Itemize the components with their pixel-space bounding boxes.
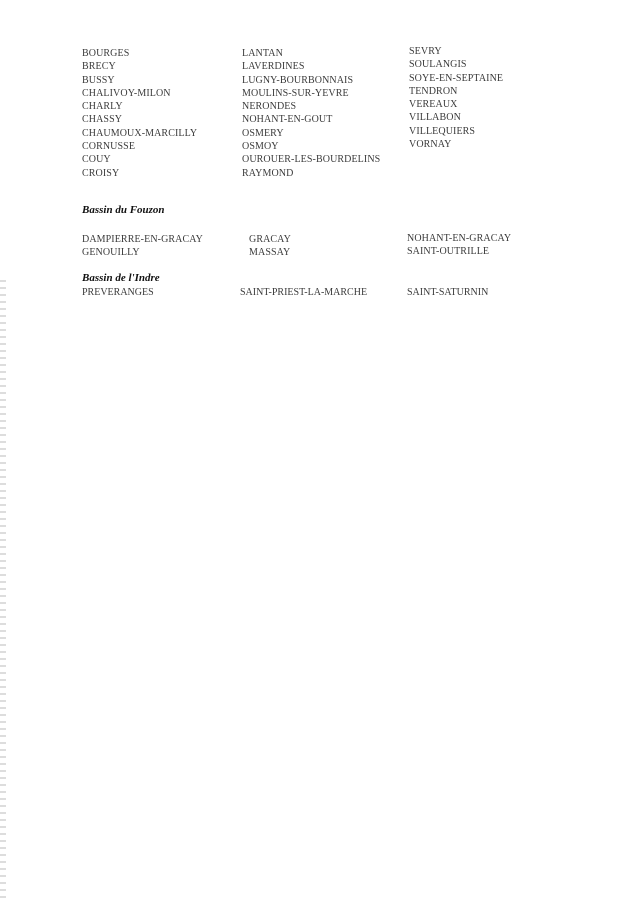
commune-item: NERONDES (242, 100, 380, 113)
commune-item: LANTAN (242, 47, 380, 60)
commune-item: NOHANT-EN-GOUT (242, 113, 380, 126)
commune-item: OUROUER-LES-BOURDELINS (242, 153, 380, 166)
commune-item: CHASSY (82, 113, 197, 126)
commune-item: CORNUSSE (82, 140, 197, 153)
commune-item: COUY (82, 153, 197, 166)
commune-item: MASSAY (249, 246, 291, 259)
commune-item: VILLABON (409, 111, 503, 124)
commune-item: BOURGES (82, 47, 197, 60)
commune-item: SOULANGIS (409, 58, 503, 71)
commune-item: PREVERANGES (82, 286, 154, 299)
commune-item: CHAUMOUX-MARCILLY (82, 127, 197, 140)
commune-item: LAVERDINES (242, 60, 380, 73)
fouzon-column-3: NOHANT-EN-GRACAY SAINT-OUTRILLE (407, 232, 511, 259)
commune-item: NOHANT-EN-GRACAY (407, 232, 511, 245)
commune-item: GRACAY (249, 233, 291, 246)
fouzon-column-2: GRACAY MASSAY (249, 233, 291, 260)
commune-item: OSMOY (242, 140, 380, 153)
commune-item: BRECY (82, 60, 197, 73)
commune-item: VILLEQUIERS (409, 125, 503, 138)
commune-item: CROISY (82, 167, 197, 180)
commune-item: DAMPIERRE-EN-GRACAY (82, 233, 203, 246)
commune-item: SAINT-PRIEST-LA-MARCHE (240, 286, 367, 299)
commune-item: OSMERY (242, 127, 380, 140)
commune-item: SAINT-SATURNIN (407, 286, 488, 299)
commune-item: SAINT-OUTRILLE (407, 245, 511, 258)
commune-item: VORNAY (409, 138, 503, 151)
section-heading-fouzon: Bassin du Fouzon (82, 204, 165, 216)
commune-item: RAYMOND (242, 167, 380, 180)
commune-item: TENDRON (409, 85, 503, 98)
commune-column-2: LANTAN LAVERDINES LUGNY-BOURBONNAIS MOUL… (242, 47, 380, 180)
scan-edge-artifact (0, 280, 6, 900)
commune-item: SOYE-EN-SEPTAINE (409, 72, 503, 85)
commune-item: MOULINS-SUR-YEVRE (242, 87, 380, 100)
fouzon-column-1: DAMPIERRE-EN-GRACAY GENOUILLY (82, 233, 203, 260)
commune-item: LUGNY-BOURBONNAIS (242, 74, 380, 87)
commune-column-1: BOURGES BRECY BUSSY CHALIVOY-MILON CHARL… (82, 47, 197, 180)
commune-item: CHALIVOY-MILON (82, 87, 197, 100)
commune-item: CHARLY (82, 100, 197, 113)
commune-item: SEVRY (409, 45, 503, 58)
commune-column-3: SEVRY SOULANGIS SOYE-EN-SEPTAINE TENDRON… (409, 45, 503, 151)
section-heading-indre: Bassin de l'Indre (82, 272, 160, 284)
commune-item: GENOUILLY (82, 246, 203, 259)
commune-item: VEREAUX (409, 98, 503, 111)
commune-item: BUSSY (82, 74, 197, 87)
